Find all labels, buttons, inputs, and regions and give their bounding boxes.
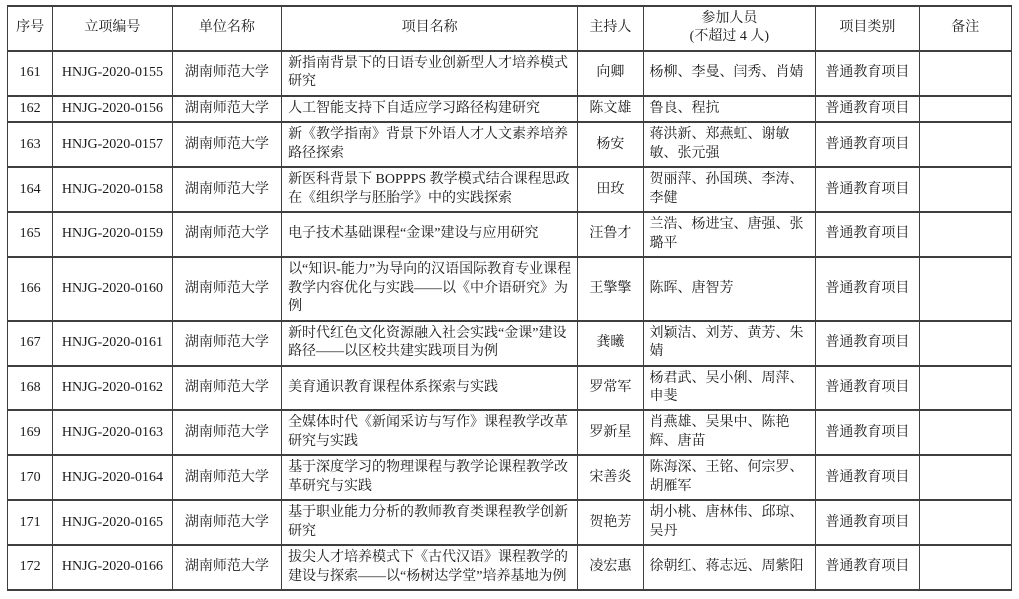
cell-project-name: 新时代红色文化资源融入社会实践“金课”建设路径——以区校共建实践项目为例 (282, 321, 578, 366)
cell-serial-number: 171 (8, 500, 53, 545)
cell-remarks (919, 167, 1011, 212)
cell-host: 宋善炎 (578, 455, 643, 500)
cell-unit-name: 湖南师范大学 (172, 122, 281, 167)
cell-host: 罗常军 (578, 366, 643, 411)
cell-participants: 肖燕雄、吴果中、陈艳辉、唐苗 (643, 410, 816, 455)
cell-project-category: 普通教育项目 (816, 410, 919, 455)
cell-project-code: HNJG-2020-0163 (53, 410, 172, 455)
header-participants: 参加人员 (不超过 4 人) (643, 6, 816, 51)
cell-project-category: 普通教育项目 (816, 167, 919, 212)
cell-host: 杨安 (578, 122, 643, 167)
table-row: 168 HNJG-2020-0162 湖南师范大学 美育通识教育课程体系探索与实… (8, 366, 1012, 411)
cell-unit-name: 湖南师范大学 (172, 545, 281, 590)
cell-participants: 贺丽萍、孙国瑛、李涛、李健 (643, 167, 816, 212)
cell-host: 汪鲁才 (578, 212, 643, 257)
cell-unit-name: 湖南师范大学 (172, 96, 281, 122)
cell-participants: 陈海深、王铭、何宗罗、胡雁军 (643, 455, 816, 500)
cell-remarks (919, 51, 1011, 96)
table-row: 172 HNJG-2020-0166 湖南师范大学 拔尖人才培养模式下《古代汉语… (8, 545, 1012, 590)
table-body: 161 HNJG-2020-0155 湖南师范大学 新指南背景下的日语专业创新型… (8, 51, 1012, 590)
cell-project-name: 新《教学指南》背景下外语人才人文素养培养路径探索 (282, 122, 578, 167)
cell-participants: 杨柳、李曼、闫秀、肖婧 (643, 51, 816, 96)
cell-project-code: HNJG-2020-0158 (53, 167, 172, 212)
cell-project-category: 普通教育项目 (816, 366, 919, 411)
cell-participants: 鲁良、程抗 (643, 96, 816, 122)
cell-project-name: 基于深度学习的物理课程与教学论课程教学改革研究与实践 (282, 455, 578, 500)
cell-remarks (919, 545, 1011, 590)
cell-serial-number: 162 (8, 96, 53, 122)
cell-host: 田玫 (578, 167, 643, 212)
header-row: 序号 立项编号 单位名称 项目名称 主持人 参加人员 (不超过 4 人) 项目类… (8, 6, 1012, 51)
table-row: 171 HNJG-2020-0165 湖南师范大学 基于职业能力分析的教师教育类… (8, 500, 1012, 545)
table-row: 166 HNJG-2020-0160 湖南师范大学 以“知识-能力”为导向的汉语… (8, 257, 1012, 320)
cell-project-code: HNJG-2020-0162 (53, 366, 172, 411)
cell-project-category: 普通教育项目 (816, 545, 919, 590)
table-row: 165 HNJG-2020-0159 湖南师范大学 电子技术基础课程“金课”建设… (8, 212, 1012, 257)
cell-unit-name: 湖南师范大学 (172, 257, 281, 320)
cell-project-category: 普通教育项目 (816, 212, 919, 257)
cell-unit-name: 湖南师范大学 (172, 321, 281, 366)
cell-project-name: 基于职业能力分析的教师教育类课程教学创新研究 (282, 500, 578, 545)
cell-project-category: 普通教育项目 (816, 96, 919, 122)
cell-project-name: 电子技术基础课程“金课”建设与应用研究 (282, 212, 578, 257)
cell-host: 罗新星 (578, 410, 643, 455)
table-row: 167 HNJG-2020-0161 湖南师范大学 新时代红色文化资源融入社会实… (8, 321, 1012, 366)
table-header: 序号 立项编号 单位名称 项目名称 主持人 参加人员 (不超过 4 人) 项目类… (8, 6, 1012, 51)
cell-unit-name: 湖南师范大学 (172, 167, 281, 212)
cell-project-category: 普通教育项目 (816, 257, 919, 320)
cell-serial-number: 163 (8, 122, 53, 167)
cell-project-category: 普通教育项目 (816, 455, 919, 500)
cell-remarks (919, 366, 1011, 411)
cell-project-name: 以“知识-能力”为导向的汉语国际教育专业课程教学内容优化与实践——以《中介语研究… (282, 257, 578, 320)
cell-participants: 胡小桃、唐林伟、邱琼、吴丹 (643, 500, 816, 545)
cell-unit-name: 湖南师范大学 (172, 410, 281, 455)
header-project-category: 项目类别 (816, 6, 919, 51)
cell-serial-number: 161 (8, 51, 53, 96)
document-page: 序号 立项编号 单位名称 项目名称 主持人 参加人员 (不超过 4 人) 项目类… (0, 0, 1019, 599)
cell-serial-number: 164 (8, 167, 53, 212)
cell-project-category: 普通教育项目 (816, 321, 919, 366)
table-row: 170 HNJG-2020-0164 湖南师范大学 基于深度学习的物理课程与教学… (8, 455, 1012, 500)
cell-project-name: 全媒体时代《新闻采访与写作》课程教学改革研究与实践 (282, 410, 578, 455)
header-remarks: 备注 (919, 6, 1011, 51)
cell-project-code: HNJG-2020-0165 (53, 500, 172, 545)
table-row: 162 HNJG-2020-0156 湖南师范大学 人工智能支持下自适应学习路径… (8, 96, 1012, 122)
cell-participants: 杨君武、吴小俐、周萍、申斐 (643, 366, 816, 411)
cell-project-code: HNJG-2020-0164 (53, 455, 172, 500)
cell-participants: 蒋洪新、郑燕虹、谢敏敏、张元强 (643, 122, 816, 167)
cell-project-code: HNJG-2020-0156 (53, 96, 172, 122)
cell-unit-name: 湖南师范大学 (172, 51, 281, 96)
cell-participants: 陈晖、唐智芳 (643, 257, 816, 320)
cell-serial-number: 169 (8, 410, 53, 455)
table-row: 164 HNJG-2020-0158 湖南师范大学 新医科背景下 BOPPPS … (8, 167, 1012, 212)
cell-serial-number: 170 (8, 455, 53, 500)
cell-remarks (919, 500, 1011, 545)
cell-project-code: HNJG-2020-0160 (53, 257, 172, 320)
cell-project-name: 新医科背景下 BOPPPS 教学模式结合课程思政在《组织学与胚胎学》中的实践探索 (282, 167, 578, 212)
cell-project-category: 普通教育项目 (816, 51, 919, 96)
cell-remarks (919, 321, 1011, 366)
cell-serial-number: 167 (8, 321, 53, 366)
cell-project-name: 美育通识教育课程体系探索与实践 (282, 366, 578, 411)
cell-host: 龚曦 (578, 321, 643, 366)
cell-remarks (919, 455, 1011, 500)
cell-project-name: 新指南背景下的日语专业创新型人才培养模式研究 (282, 51, 578, 96)
cell-host: 凌宏惠 (578, 545, 643, 590)
table-row: 169 HNJG-2020-0163 湖南师范大学 全媒体时代《新闻采访与写作》… (8, 410, 1012, 455)
cell-project-category: 普通教育项目 (816, 500, 919, 545)
table-row: 161 HNJG-2020-0155 湖南师范大学 新指南背景下的日语专业创新型… (8, 51, 1012, 96)
cell-remarks (919, 410, 1011, 455)
cell-participants: 刘颖洁、刘芳、黄芳、朱婧 (643, 321, 816, 366)
cell-project-code: HNJG-2020-0157 (53, 122, 172, 167)
cell-remarks (919, 257, 1011, 320)
cell-serial-number: 172 (8, 545, 53, 590)
cell-remarks (919, 212, 1011, 257)
cell-unit-name: 湖南师范大学 (172, 366, 281, 411)
cell-project-code: HNJG-2020-0155 (53, 51, 172, 96)
header-project-name: 项目名称 (282, 6, 578, 51)
cell-project-code: HNJG-2020-0166 (53, 545, 172, 590)
cell-remarks (919, 96, 1011, 122)
header-host: 主持人 (578, 6, 643, 51)
cell-host: 贺艳芳 (578, 500, 643, 545)
cell-unit-name: 湖南师范大学 (172, 212, 281, 257)
cell-serial-number: 165 (8, 212, 53, 257)
cell-project-name: 拔尖人才培养模式下《古代汉语》课程教学的建设与探索——以“杨树达学堂”培养基地为… (282, 545, 578, 590)
header-project-code: 立项编号 (53, 6, 172, 51)
header-unit-name: 单位名称 (172, 6, 281, 51)
cell-project-code: HNJG-2020-0159 (53, 212, 172, 257)
cell-host: 向卿 (578, 51, 643, 96)
cell-project-name: 人工智能支持下自适应学习路径构建研究 (282, 96, 578, 122)
cell-remarks (919, 122, 1011, 167)
cell-project-category: 普通教育项目 (816, 122, 919, 167)
cell-project-code: HNJG-2020-0161 (53, 321, 172, 366)
cell-unit-name: 湖南师范大学 (172, 455, 281, 500)
project-approval-table: 序号 立项编号 单位名称 项目名称 主持人 参加人员 (不超过 4 人) 项目类… (7, 5, 1012, 591)
cell-participants: 徐朝红、蒋志远、周紫阳 (643, 545, 816, 590)
table-row: 163 HNJG-2020-0157 湖南师范大学 新《教学指南》背景下外语人才… (8, 122, 1012, 167)
cell-host: 王擎擎 (578, 257, 643, 320)
cell-serial-number: 166 (8, 257, 53, 320)
cell-host: 陈文雄 (578, 96, 643, 122)
cell-participants: 兰浩、杨进宝、唐强、张璐平 (643, 212, 816, 257)
cell-serial-number: 168 (8, 366, 53, 411)
cell-unit-name: 湖南师范大学 (172, 500, 281, 545)
header-serial-number: 序号 (8, 6, 53, 51)
